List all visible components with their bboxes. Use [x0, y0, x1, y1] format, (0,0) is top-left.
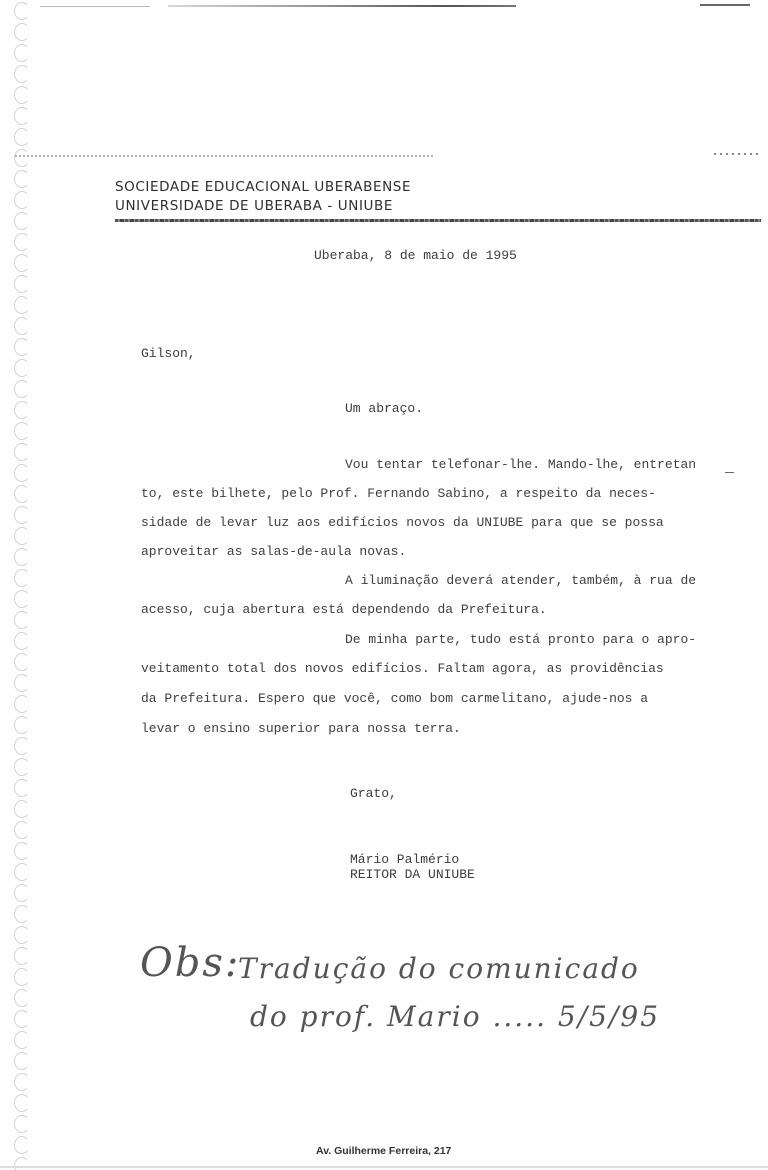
- feed-hole: [14, 800, 30, 818]
- feed-hole: [14, 905, 30, 923]
- letter-date: Uberaba, 8 de maio de 1995: [314, 248, 517, 263]
- feed-hole: [14, 1115, 30, 1133]
- top-edge-rule: [40, 6, 150, 7]
- feed-hole: [14, 506, 30, 524]
- feed-hole: [14, 254, 30, 272]
- feed-hole: [14, 443, 30, 461]
- body-line: aproveitar as salas-de-aula novas.: [141, 544, 406, 559]
- feed-hole: [14, 44, 30, 62]
- feed-hole: [14, 863, 30, 881]
- feed-hole: [14, 338, 30, 356]
- top-edge-rule: [700, 4, 750, 6]
- feed-hole: [14, 947, 30, 965]
- feed-hole: [14, 779, 30, 797]
- bottom-edge: [0, 1166, 768, 1168]
- perforation-line: [712, 153, 758, 155]
- feed-hole: [14, 926, 30, 944]
- letterhead: SOCIEDADE EDUCACIONAL UBERABENSE UNIVERS…: [115, 178, 411, 216]
- top-edge-rule: [168, 5, 516, 7]
- feed-hole: [14, 317, 30, 335]
- perforation-line: [14, 155, 434, 157]
- feed-hole: [14, 65, 30, 83]
- feed-hole: [14, 590, 30, 608]
- feed-hole: [14, 149, 30, 167]
- feed-hole: [14, 128, 30, 146]
- body-line: veitamento total dos novos edifícios. Fa…: [141, 661, 664, 676]
- feed-hole: [14, 737, 30, 755]
- feed-hole: [14, 548, 30, 566]
- feed-hole: [14, 1094, 30, 1112]
- feed-hole: [14, 380, 30, 398]
- letterhead-university: UNIVERSIDADE DE UBERABA - UNIUBE: [115, 197, 411, 216]
- feed-hole: [14, 1073, 30, 1091]
- letter-closing: Grato,: [350, 786, 397, 801]
- feed-hole: [14, 464, 30, 482]
- feed-hole: [14, 191, 30, 209]
- handwritten-note-line: do prof. Mario ..... 5/5/95: [250, 1000, 660, 1033]
- feed-hole: [14, 716, 30, 734]
- handwritten-note-prefix: Obs:: [140, 940, 240, 986]
- feed-hole: [14, 401, 30, 419]
- feed-hole: [14, 821, 30, 839]
- letter-salutation: Gilson,: [141, 346, 196, 361]
- feed-hole: [14, 107, 30, 125]
- feed-hole: [14, 170, 30, 188]
- body-line: acesso, cuja abertura está dependendo da…: [141, 602, 547, 617]
- feed-hole: [14, 695, 30, 713]
- feed-hole: [14, 275, 30, 293]
- body-line: De minha parte, tudo está pronto para o …: [345, 632, 696, 647]
- feed-hole: [14, 884, 30, 902]
- letterhead-organization: SOCIEDADE EDUCACIONAL UBERABENSE: [115, 178, 411, 197]
- handwritten-note-line: Tradução do comunicado: [238, 952, 640, 985]
- footer-address: Av. Guilherme Ferreira, 217: [316, 1145, 451, 1157]
- feed-hole: [14, 212, 30, 230]
- feed-hole: [14, 485, 30, 503]
- body-line: sidade de levar luz aos edifícios novos …: [141, 515, 664, 530]
- feed-hole: [14, 842, 30, 860]
- body-line: Vou tentar telefonar-lhe. Mando-lhe, ent…: [345, 457, 696, 472]
- feed-hole: [14, 527, 30, 545]
- body-line: A iluminação deverá atender, também, à r…: [345, 573, 696, 588]
- feed-hole: [14, 422, 30, 440]
- feed-hole: [14, 653, 30, 671]
- feed-hole: [14, 611, 30, 629]
- tractor-feed-holes: [14, 0, 34, 1170]
- feed-hole: [14, 1157, 30, 1170]
- feed-hole: [14, 296, 30, 314]
- feed-hole: [14, 86, 30, 104]
- letter-greeting: Um abraço.: [345, 401, 423, 416]
- feed-hole: [14, 1052, 30, 1070]
- body-line: to, este bilhete, pelo Prof. Fernando Sa…: [141, 486, 656, 501]
- feed-hole: [14, 968, 30, 986]
- feed-hole: [14, 1010, 30, 1028]
- feed-hole: [14, 1136, 30, 1154]
- letterhead-divider: [115, 219, 761, 222]
- body-line: levar o ensino superior para nossa terra…: [141, 721, 461, 736]
- signature-title: REITOR DA UNIUBE: [350, 867, 475, 882]
- document-page: SOCIEDADE EDUCACIONAL UBERABENSE UNIVERS…: [0, 0, 768, 1170]
- feed-hole: [14, 23, 30, 41]
- signature-name: Mário Palmério: [350, 852, 459, 867]
- feed-hole: [14, 1031, 30, 1049]
- feed-hole: [14, 674, 30, 692]
- body-line: da Prefeitura. Espero que você, como bom…: [141, 691, 648, 706]
- feed-hole: [14, 989, 30, 1007]
- feed-hole: [14, 632, 30, 650]
- feed-hole: [14, 359, 30, 377]
- underline-mark: [725, 472, 734, 473]
- feed-hole: [14, 2, 30, 20]
- feed-hole: [14, 758, 30, 776]
- feed-hole: [14, 233, 30, 251]
- feed-hole: [14, 569, 30, 587]
